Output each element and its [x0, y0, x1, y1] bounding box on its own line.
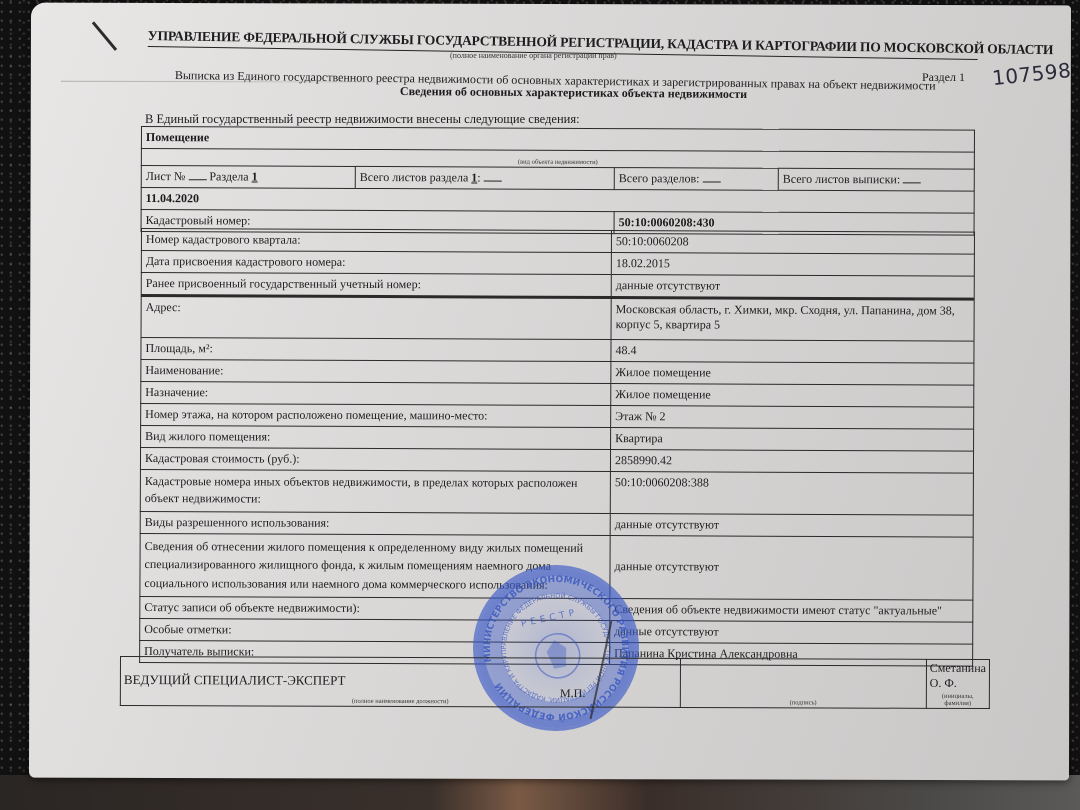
extract-document: 107598 УПРАВЛЕНИЕ ФЕДЕРАЛЬНОЙ СЛУЖБЫ ГОС…: [0, 0, 1080, 810]
field-row: Кадастровые номера иных объектов недвижи…: [140, 469, 973, 514]
field-value: данные отсутствуют: [610, 513, 973, 537]
info-title: Сведения об основных характеристиках объ…: [400, 84, 747, 102]
total-sheets-cell: Всего листов выписки:: [778, 168, 974, 191]
total-sections-blank: [702, 171, 720, 182]
field-value: Этаж № 2: [611, 406, 974, 430]
field-value: Жилое помещение: [611, 362, 974, 386]
field-value: 48.4: [611, 340, 974, 364]
section-number-value: 1: [252, 169, 258, 183]
field-value: Квартира: [611, 428, 974, 452]
field-label: Площадь, м²:: [141, 338, 611, 362]
object-header-table: Помещение (вид объекта недвижимости) Лис…: [141, 126, 975, 236]
total-sheets-blank: [903, 172, 921, 183]
field-label: Дата присвоения кадастрового номера:: [141, 251, 611, 275]
section-label: Раздел 1: [922, 70, 965, 85]
field-label: Наименование:: [141, 360, 611, 384]
official-name: Сметанина О. Ф.: [926, 659, 989, 692]
field-label: Кадастровые номера иных объектов недвижи…: [140, 469, 610, 513]
seal-place-mark: М.П.: [560, 686, 585, 701]
authority-caption: (полное наименование органа регистрации …: [450, 51, 617, 60]
name-caption: (инициалы, фамилия): [926, 692, 989, 709]
total-sheets-label: Всего листов выписки:: [783, 172, 900, 187]
field-value: данные отсутствуют: [611, 275, 974, 300]
field-row: Адрес:Московская область, г. Химки, мкр.…: [141, 296, 974, 342]
total-sheets-section-label: Всего листов раздела: [360, 170, 469, 184]
field-label: Назначение:: [141, 382, 611, 406]
field-value: Жилое помещение: [611, 384, 974, 408]
total-sections-label: Всего разделов:: [619, 171, 700, 185]
sheet-number-blank: [188, 169, 206, 180]
signature-field: [680, 658, 926, 691]
seal-text-ring: МИНИСТЕРСТВО ЭКОНОМИЧЕСКОГО РАЗВИТИЯ РОС…: [461, 553, 651, 743]
field-value: 18.02.2015: [611, 253, 974, 277]
field-label: Номер кадастрового квартала:: [141, 229, 611, 253]
field-value: Московская область, г. Химки, мкр. Сходн…: [611, 298, 974, 342]
field-label: Виды разрешенного использования:: [140, 511, 610, 535]
svg-text:РЕЕСТР: РЕЕСТР: [520, 608, 579, 630]
total-sheets-section-blank: [484, 170, 502, 181]
signature-caption: (подпись): [680, 691, 926, 708]
field-label: Ранее присвоенный государственный учетны…: [141, 273, 611, 298]
field-label: Вид жилого помещения:: [141, 426, 611, 450]
field-value: Сведения об объекте недвижимости имеют с…: [610, 598, 973, 622]
total-sheets-section-cell: Всего листов раздела 1:: [355, 166, 614, 189]
field-value: данные отсутствуют: [610, 620, 973, 644]
field-value: 50:10:0060208: [611, 231, 974, 255]
sheet-number-cell: Лист № Раздела 1: [141, 166, 355, 189]
total-sheets-section-value: 1: [471, 170, 477, 184]
field-label: Кадастровая стоимость (руб.):: [140, 448, 610, 472]
field-value: 50:10:0060208:388: [610, 472, 973, 515]
handwritten-number: 107598: [991, 58, 1072, 90]
field-label: Номер этажа, на котором расположено поме…: [141, 404, 611, 428]
field-value: данные отсутствуют: [610, 535, 973, 599]
total-sections-cell: Всего разделов:: [614, 168, 778, 191]
intro-text: В Единый государственный реестр недвижим…: [145, 112, 580, 127]
sheet-number-label: Лист №: [146, 169, 186, 183]
signature-block: ВЕДУЩИЙ СПЕЦИАЛИСТ-ЭКСПЕРТ Сметанина О. …: [120, 656, 990, 709]
field-value: 2858990.42: [610, 450, 973, 474]
section-number-label: Раздела: [209, 169, 248, 183]
field-label: Адрес:: [141, 296, 611, 340]
